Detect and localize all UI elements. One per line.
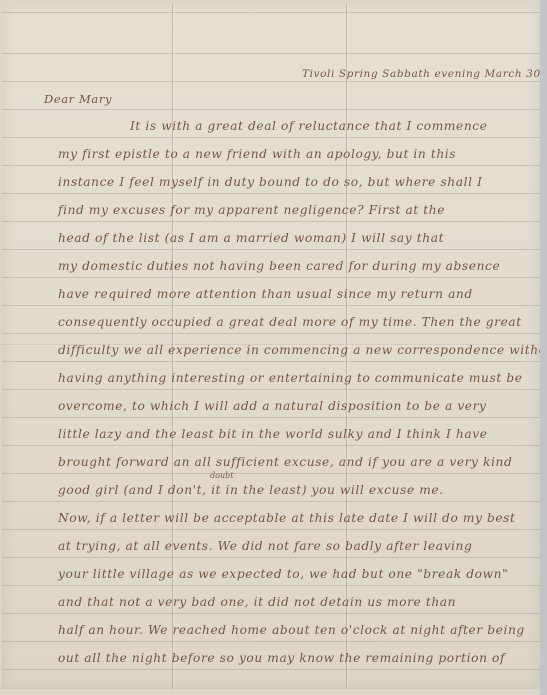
interlinear-insert: doubt [210, 471, 233, 480]
letter-heading: Tivoli Spring Sabbath evening March 30/5… [302, 68, 541, 80]
letter-line: little lazy and the least bit in the wor… [58, 427, 518, 441]
letter-line: your little village as we expected to, w… [58, 567, 518, 581]
letter-line: at trying, at all events. We did not far… [58, 539, 518, 553]
scan-background-edge [540, 0, 547, 695]
letter-line: overcome, to which I will add a natural … [58, 399, 518, 413]
letter-line: having anything interesting or entertain… [58, 371, 518, 385]
scanned-letter: Tivoli Spring Sabbath evening March 30/5… [0, 0, 547, 695]
letter-line: good girl (and I don't, it in the least)… [58, 483, 518, 497]
letter-line: my domestic duties not having been cared… [58, 259, 518, 273]
letter-line: Now, if a letter will be acceptable at t… [58, 511, 518, 525]
letter-line: It is with a great deal of reluctance th… [130, 119, 541, 133]
letter-line: out all the night before so you may know… [58, 651, 518, 665]
letter-line: instance I feel myself in duty bound to … [58, 175, 518, 189]
letter-line: brought forward an all sufficient excuse… [58, 455, 518, 469]
letter-line: and that not a very bad one, it did not … [58, 595, 518, 609]
letter-line: have required more attention than usual … [58, 287, 518, 301]
letter-line: find my excuses for my apparent negligen… [58, 203, 518, 217]
letter-line: my first epistle to a new friend with an… [58, 147, 518, 161]
letter-page: Tivoli Spring Sabbath evening March 30/5… [2, 4, 541, 689]
letter-line: difficulty we all experience in commenci… [58, 343, 518, 357]
letter-line: head of the list (as I am a married woma… [58, 231, 518, 245]
salutation: Dear Mary [44, 92, 504, 106]
letter-line: consequently occupied a great deal more … [58, 315, 518, 329]
letter-line: half an hour. We reached home about ten … [58, 623, 518, 637]
